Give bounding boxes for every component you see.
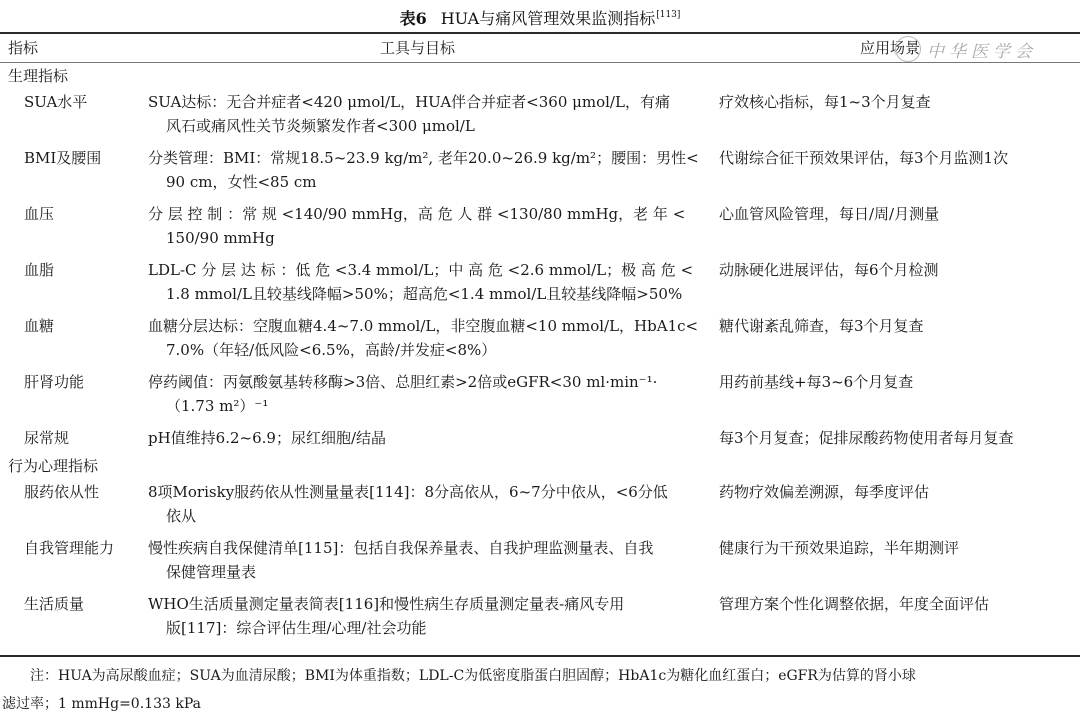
table-row: 服药依从性 8项Morisky服药依从性测量量表[114]：8分高依从，6~7分… [0,480,1080,536]
tool-line: 8项Morisky服药依从性测量量表[114]：8分高依从，6~7分中依从，<6… [148,480,713,504]
table-bottom-rule [0,655,1080,657]
tool-line: 血糖分层达标：空腹血糖4.4~7.0 mmol/L，非空腹血糖<10 mmol/… [148,314,713,338]
tool-line: （1.73 m²）⁻¹ [148,394,713,418]
tool-cell: SUA达标：无合并症者<420 μmol/L，HUA伴合并症者<360 μmol… [148,90,713,138]
section-label: 行为心理指标 [8,454,98,478]
tool-cell: 慢性疾病自我保健清单[115]：包括自我保养量表、自我护理监测量表、自我 保健管… [148,536,713,584]
tool-line: LDL-C 分 层 达 标 ：低 危 <3.4 mmol/L；中 高 危 <2.… [148,258,713,282]
table-row: SUA水平 SUA达标：无合并症者<420 μmol/L，HUA伴合并症者<36… [0,90,1080,146]
tool-cell: 8项Morisky服药依从性测量量表[114]：8分高依从，6~7分中依从，<6… [148,480,713,528]
header-rule [0,62,1080,63]
table-row: 血糖 血糖分层达标：空腹血糖4.4~7.0 mmol/L，非空腹血糖<10 mm… [0,314,1080,370]
table-title: 表6HUA与痛风管理效果监测指标[113] [0,4,1080,30]
scenario-cell: 代谢综合征干预效果评估，每3个月监测1次 [719,146,1008,170]
scenario-cell: 每3个月复查；促排尿酸药物使用者每月复查 [719,426,1014,450]
tool-line: 依从 [148,504,713,528]
scenario-cell: 用药前基线+每3~6个月复查 [719,370,913,394]
section-label: 生理指标 [8,64,68,88]
table-footnote: 注：HUA为高尿酸血症；SUA为血清尿酸；BMI为体重指数；LDL-C为低密度脂… [0,662,1080,717]
tool-line: 90 cm，女性<85 cm [148,170,713,194]
indicator-cell: 尿常规 [24,426,69,450]
footnote-line: 注：HUA为高尿酸血症；SUA为血清尿酸；BMI为体重指数；LDL-C为低密度脂… [0,662,1080,690]
tool-cell: 分类管理：BMI：常规18.5~23.9 kg/m², 老年20.0~26.9 … [148,146,713,194]
table-row: 自我管理能力 慢性疾病自我保健清单[115]：包括自我保养量表、自我护理监测量表… [0,536,1080,592]
table-title-text: HUA与痛风管理效果监测指标 [441,9,656,28]
indicator-cell: 血压 [24,202,54,226]
indicator-cell: 服药依从性 [24,480,99,504]
tool-line: 慢性疾病自我保健清单[115]：包括自我保养量表、自我护理监测量表、自我 [148,536,713,560]
tool-line: 停药阈值：丙氨酸氨基转移酶>3倍、总胆红素>2倍或eGFR<30 ml·min⁻… [148,370,713,394]
tool-cell: WHO生活质量测定量表简表[116]和慢性病生存质量测定量表-痛风专用 版[11… [148,592,713,640]
indicator-cell: BMI及腰围 [24,146,101,170]
indicator-cell: 血糖 [24,314,54,338]
tool-line: 保健管理量表 [148,560,713,584]
table-row: 血压 分 层 控 制 ：常 规 <140/90 mmHg，高 危 人 群 <13… [0,202,1080,258]
scenario-cell: 药物疗效偏差溯源，每季度评估 [719,480,929,504]
table-number: 表6 [400,9,427,28]
tool-line: 风石或痛风性关节炎频繁发作者<300 μmol/L [148,114,713,138]
table-row: 肝肾功能 停药阈值：丙氨酸氨基转移酶>3倍、总胆红素>2倍或eGFR<30 ml… [0,370,1080,426]
header-indicator: 指标 [8,36,38,60]
tool-cell: pH值维持6.2~6.9；尿红细胞/结晶 [148,426,713,450]
tool-line: 版[117]：综合评估生理/心理/社会功能 [148,616,713,640]
tool-line: WHO生活质量测定量表简表[116]和慢性病生存质量测定量表-痛风专用 [148,592,713,616]
indicator-cell: 生活质量 [24,592,84,616]
indicator-cell: SUA水平 [24,90,87,114]
title-reference: [113] [656,10,680,20]
tool-line: 分 层 控 制 ：常 规 <140/90 mmHg，高 危 人 群 <130/8… [148,202,713,226]
table-row: 血脂 LDL-C 分 层 达 标 ：低 危 <3.4 mmol/L；中 高 危 … [0,258,1080,314]
section-behavioral: 行为心理指标 [0,454,1080,480]
tool-line: 150/90 mmHg [148,226,713,250]
indicator-cell: 肝肾功能 [24,370,84,394]
tool-line: 1.8 mmol/L且较基线降幅>50%；超高危<1.4 mmol/L且较基线降… [148,282,713,306]
tool-line: 7.0%（年轻/低风险<6.5%，高龄/并发症<8%） [148,338,713,362]
tool-line: pH值维持6.2~6.9；尿红细胞/结晶 [148,426,713,450]
indicator-cell: 自我管理能力 [24,536,114,560]
scenario-cell: 动脉硬化进展评估，每6个月检测 [719,258,939,282]
scenario-cell: 糖代谢紊乱筛查，每3个月复查 [719,314,924,338]
scenario-cell: 健康行为干预效果追踪，半年期测评 [719,536,959,560]
footnote-line: 滤过率；1 mmHg=0.133 kPa [0,690,1080,717]
table-body: 生理指标 SUA水平 SUA达标：无合并症者<420 μmol/L，HUA伴合并… [0,64,1080,648]
tool-cell: 停药阈值：丙氨酸氨基转移酶>3倍、总胆红素>2倍或eGFR<30 ml·min⁻… [148,370,713,418]
header-tool-target: 工具与目标 [380,36,455,60]
table-row: 尿常规 pH值维持6.2~6.9；尿红细胞/结晶 每3个月复查；促排尿酸药物使用… [0,426,1080,454]
scenario-cell: 疗效核心指标，每1~3个月复查 [719,90,931,114]
table-row: 生活质量 WHO生活质量测定量表简表[116]和慢性病生存质量测定量表-痛风专用… [0,592,1080,648]
watermark: 中华医学会 [895,34,1065,64]
table-row: BMI及腰围 分类管理：BMI：常规18.5~23.9 kg/m², 老年20.… [0,146,1080,202]
tool-cell: 分 层 控 制 ：常 规 <140/90 mmHg，高 危 人 群 <130/8… [148,202,713,250]
tool-line: SUA达标：无合并症者<420 μmol/L，HUA伴合并症者<360 μmol… [148,90,713,114]
tool-line: 分类管理：BMI：常规18.5~23.9 kg/m², 老年20.0~26.9 … [148,146,713,170]
tool-cell: 血糖分层达标：空腹血糖4.4~7.0 mmol/L，非空腹血糖<10 mmol/… [148,314,713,362]
section-physiological: 生理指标 [0,64,1080,90]
tool-cell: LDL-C 分 层 达 标 ：低 危 <3.4 mmol/L；中 高 危 <2.… [148,258,713,306]
seal-logo-icon [895,36,921,62]
indicator-cell: 血脂 [24,258,54,282]
scenario-cell: 心血管风险管理，每日/周/月测量 [719,202,939,226]
scenario-cell: 管理方案个性化调整依据，年度全面评估 [719,592,989,616]
watermark-text: 中华医学会 [927,37,1037,62]
